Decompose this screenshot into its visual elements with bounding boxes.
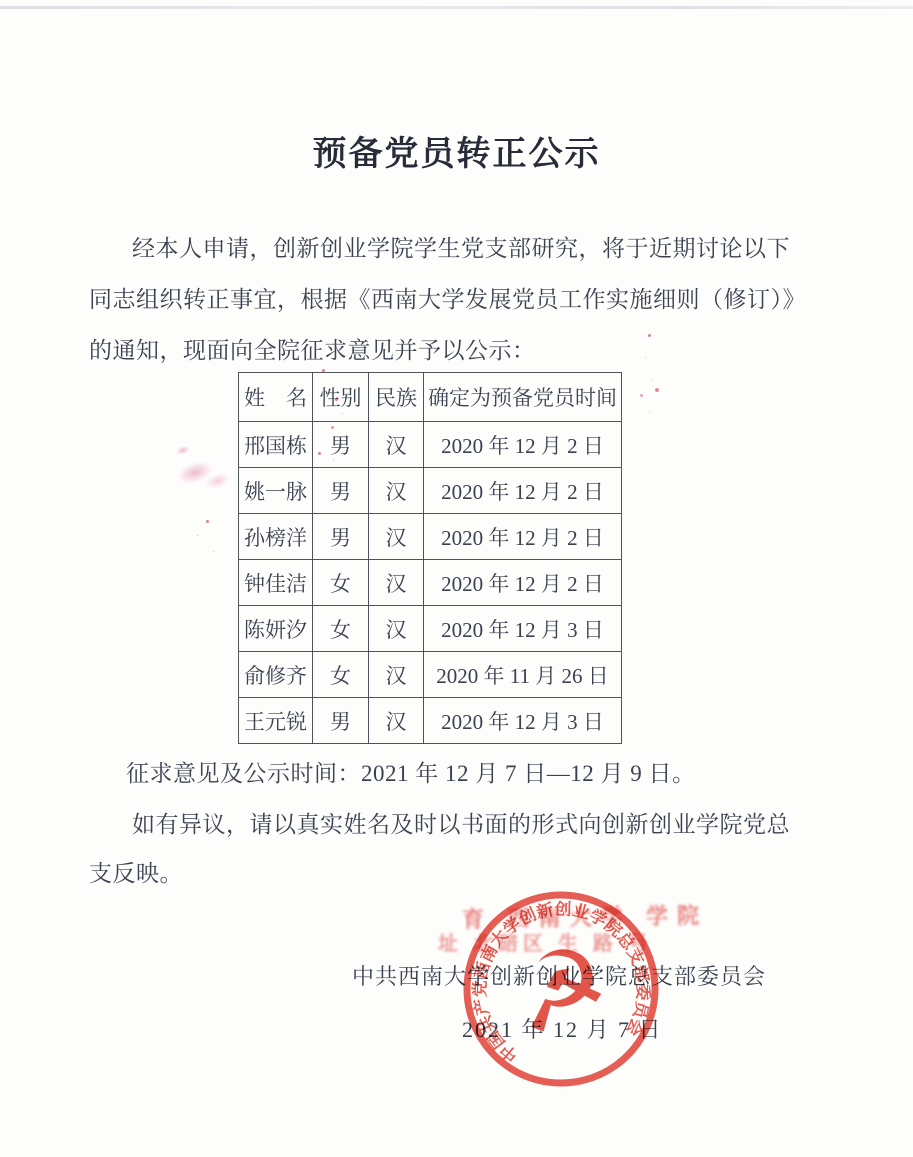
cell-date: 2020 年 12 月 3 日 xyxy=(424,698,622,744)
cell-gender: 男 xyxy=(313,422,369,468)
red-speckle xyxy=(322,369,325,372)
cell-ethnicity: 汉 xyxy=(369,606,424,652)
cell-name: 孙榜洋 xyxy=(239,514,313,560)
cell-name: 陈妍汐 xyxy=(239,606,313,652)
cell-date: 2020 年 12 月 3 日 xyxy=(424,606,622,652)
notice-period-line: 征求意见及公示时间：2021 年 12 月 7 日—12 月 9 日。 xyxy=(126,761,696,787)
cell-name: 邢国栋 xyxy=(239,422,313,468)
scan-edge-artifact xyxy=(0,6,913,9)
intro-paragraph-line-3: 的通知，现面向全院征求意见并予以公示： xyxy=(89,338,536,364)
red-speckle xyxy=(206,520,209,523)
cell-ethnicity: 汉 xyxy=(369,698,424,744)
header-name: 姓 名 xyxy=(239,373,313,422)
intro-paragraph-line-1: 经本人申请，创新创业学院学生党支部研究，将于近期讨论以下 xyxy=(132,236,790,262)
table-row: 王元锐 男 汉 2020 年 12 月 3 日 xyxy=(239,698,622,744)
cell-date: 2020 年 12 月 2 日 xyxy=(424,468,622,514)
hammer-and-sickle-icon: ☭ xyxy=(501,920,621,1061)
header-ethnicity: 民族 xyxy=(369,373,424,422)
table-row: 孙榜洋 男 汉 2020 年 12 月 2 日 xyxy=(239,514,622,560)
cell-name: 王元锐 xyxy=(239,698,313,744)
cell-gender: 男 xyxy=(313,514,369,560)
table-row: 姚一脉 男 汉 2020 年 12 月 2 日 xyxy=(239,468,622,514)
red-speckle xyxy=(648,334,651,337)
cell-ethnicity: 汉 xyxy=(369,422,424,468)
red-speckle xyxy=(318,452,321,455)
header-gender: 性别 xyxy=(313,373,369,422)
cell-gender: 女 xyxy=(313,606,369,652)
cell-gender: 男 xyxy=(313,698,369,744)
cell-gender: 男 xyxy=(313,468,369,514)
intro-paragraph-line-2: 同志组织转正事宜，根据《西南大学发展党员工作实施细则（修订）》 xyxy=(89,287,806,313)
table-header-row: 姓 名 性别 民族 确定为预备党员时间 xyxy=(239,373,622,422)
red-speckle xyxy=(335,398,338,401)
cell-date: 2020 年 12 月 2 日 xyxy=(424,514,622,560)
cell-name: 俞修齐 xyxy=(239,652,313,698)
cell-ethnicity: 汉 xyxy=(369,652,424,698)
cell-date: 2020 年 11 月 26 日 xyxy=(424,652,622,698)
objection-line-1: 如有异议，请以真实姓名及时以书面的形式向创新创业学院党总 xyxy=(132,812,790,838)
cell-name: 钟佳洁 xyxy=(239,560,313,606)
cell-gender: 女 xyxy=(313,560,369,606)
document-page: 预备党员转正公示 经本人申请，创新创业学院学生党支部研究，将于近期讨论以下 同志… xyxy=(0,0,913,1157)
cell-gender: 女 xyxy=(313,652,369,698)
cell-date: 2020 年 12 月 2 日 xyxy=(424,422,622,468)
cell-ethnicity: 汉 xyxy=(369,560,424,606)
red-speckle xyxy=(655,388,659,392)
page-title: 预备党员转正公示 xyxy=(0,126,913,175)
header-date: 确定为预备党员时间 xyxy=(424,373,622,422)
cell-date: 2020 年 12 月 2 日 xyxy=(424,560,622,606)
table-row: 俞修齐 女 汉 2020 年 11 月 26 日 xyxy=(239,652,622,698)
cell-ethnicity: 汉 xyxy=(369,514,424,560)
objection-line-2: 支反映。 xyxy=(89,861,183,887)
table-row: 邢国栋 男 汉 2020 年 12 月 2 日 xyxy=(239,422,622,468)
cell-ethnicity: 汉 xyxy=(369,468,424,514)
table-row: 钟佳洁 女 汉 2020 年 12 月 2 日 xyxy=(239,560,622,606)
members-table: 姓 名 性别 民族 确定为预备党员时间 邢国栋 男 汉 2020 年 12 月 … xyxy=(238,372,622,744)
table-row: 陈妍汐 女 汉 2020 年 12 月 3 日 xyxy=(239,606,622,652)
official-seal: 中国共产党西南大学创新创业学院总支部委员会 ☭ xyxy=(429,857,693,1121)
